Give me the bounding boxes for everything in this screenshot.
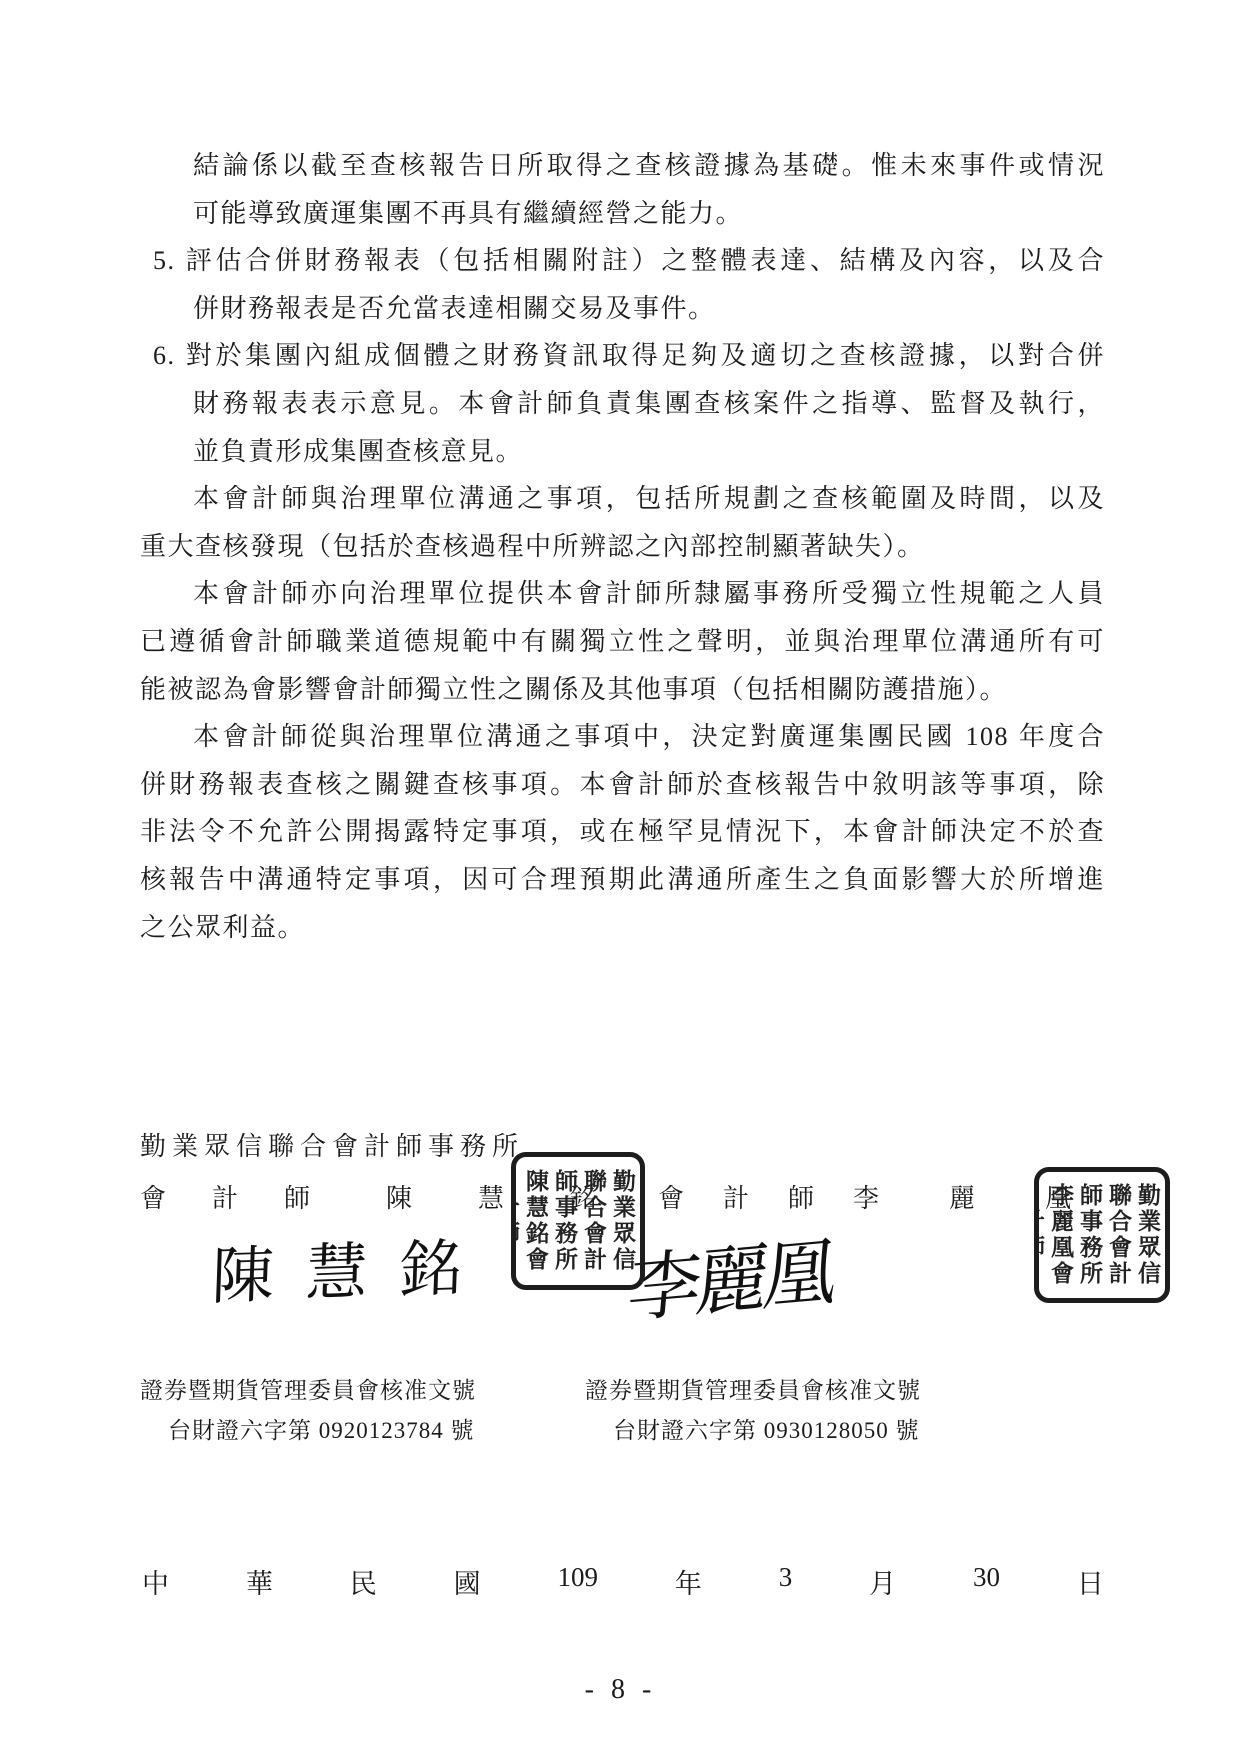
page-number: - 8 -: [0, 1674, 1241, 1706]
date-day: 30: [973, 1562, 1000, 1601]
report-body: 結論係以截至查核報告日所取得之查核證據為基礎。惟未來事件或情況 可能導致廣運集團…: [140, 142, 1105, 951]
approval-title-right: 證券暨期貨管理委員會核准文號: [585, 1372, 921, 1405]
audit-report-page: 結論係以截至查核報告日所取得之查核證據為基礎。惟未來事件或情況 可能導致廣運集團…: [0, 0, 1241, 1754]
date-char: 年: [675, 1562, 702, 1601]
date-char: 中: [142, 1562, 169, 1601]
cpa-title-right: 會計師: [658, 1178, 853, 1215]
date-char: 日: [1077, 1562, 1104, 1601]
cpa-seal-left: 勤業眾信聯合會計師事務所陳慧銘會計師: [511, 1152, 645, 1290]
handwritten-signature-right: 李麗凰: [624, 1212, 837, 1337]
approval-number-right: 台財證六字第 0930128050 號: [613, 1412, 920, 1445]
body-line: 核報告中溝通特定事項，因可合理預期此溝通所產生之負面影響大於所增進: [140, 856, 1105, 904]
date-month: 3: [779, 1562, 793, 1601]
approval-number-left: 台財證六字第 0920123784 號: [168, 1412, 475, 1445]
approval-title-left: 證券暨期貨管理委員會核准文號: [140, 1372, 476, 1405]
date-char: 月: [869, 1562, 896, 1601]
date-year: 109: [558, 1562, 599, 1601]
date-char: 國: [454, 1562, 481, 1601]
body-line: 已遵循會計師職業道德規範中有關獨立性之聲明，並與治理單位溝通所有可: [140, 618, 1105, 666]
body-line: 結論係以截至查核報告日所取得之查核證據為基礎。惟未來事件或情況: [140, 142, 1105, 190]
body-line: 可能導致廣運集團不再具有繼續經營之能力。: [140, 190, 1105, 238]
body-line: 之公眾利益。: [140, 904, 1105, 952]
body-line-item-6: 6. 對於集團內組成個體之財務資訊取得足夠及適切之查核證據，以對合併: [140, 332, 1105, 380]
accounting-firm-name: 勤業眾信聯合會計師事務所: [140, 1126, 524, 1163]
body-line: 財務報表表示意見。本會計師負責集團查核案件之指導、監督及執行，: [140, 380, 1105, 428]
body-line: 並負責形成集團查核意見。: [140, 428, 1105, 476]
body-line: 重大查核發現（包括於查核過程中所辨認之內部控制顯著缺失）。: [140, 523, 1105, 571]
republic-era-date-line: 中 華 民 國 109 年 3 月 30 日: [142, 1562, 1104, 1601]
cpa-seal-right: 勤業眾信聯合會計師事務所李麗凰會計師: [1034, 1167, 1170, 1303]
body-line: 本會計師從與治理單位溝通之事項中，決定對廣運集團民國 108 年度合: [140, 713, 1105, 761]
date-char: 民: [350, 1562, 377, 1601]
date-char: 華: [246, 1562, 273, 1601]
body-line: 本會計師亦向治理單位提供本會計師所隸屬事務所受獨立性規範之人員: [140, 570, 1105, 618]
cpa-title-left: 會計師: [140, 1178, 356, 1215]
body-line-item-5: 5. 評估合併財務報表（包括相關附註）之整體表達、結構及內容，以及合: [140, 237, 1105, 285]
body-line: 非法令不允許公開揭露特定事項，或在極罕見情況下，本會計師決定不於查: [140, 808, 1105, 856]
handwritten-signature-left: 陳慧銘: [211, 1217, 496, 1316]
body-line: 本會計師與治理單位溝通之事項，包括所規劃之查核範圍及時間，以及: [140, 475, 1105, 523]
body-line: 能被認為會影響會計師獨立性之關係及其他事項（包括相關防護措施）。: [140, 666, 1105, 714]
body-line: 併財務報表是否允當表達相關交易及事件。: [140, 285, 1105, 333]
body-line: 併財務報表查核之關鍵查核事項。本會計師於查核報告中敘明該等事項，除: [140, 761, 1105, 809]
